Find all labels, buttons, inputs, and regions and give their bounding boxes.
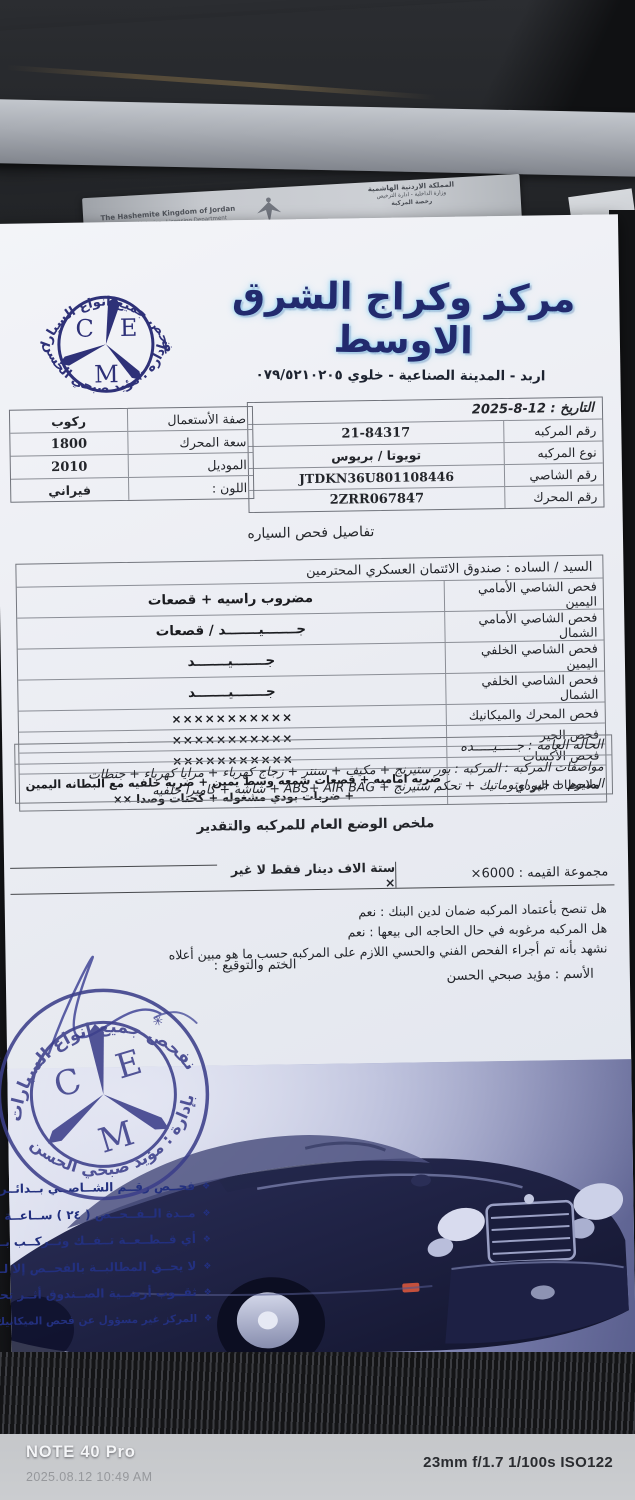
row-value: جـــــــيـــــــد / قصعات bbox=[17, 619, 444, 642]
value-row-ruler bbox=[10, 865, 217, 894]
logo-letter-c: C bbox=[75, 314, 94, 342]
value-total-label: مجموعة القيمه : 6000× bbox=[396, 858, 614, 887]
value-in-words: ستة الاف دينار فقط لا غير × bbox=[217, 862, 396, 891]
row-value: جـــــــيـــــــد bbox=[18, 650, 445, 673]
dark-fabric-strip bbox=[0, 1352, 635, 1434]
photo-datetime-watermark: 2025.08.12 10:49 AM bbox=[26, 1470, 152, 1484]
diamond-bullet-icon: ❖ bbox=[202, 1200, 210, 1227]
inspector-name-line: الأسم : مؤيد صبحي الحسن bbox=[447, 967, 594, 984]
term-text: ثقــوب أرضــية الصــندوق أثــر تحويــل ا… bbox=[0, 1285, 197, 1303]
garage-address: اربد - المدينة الصناعية - خلوي ٠٧٩/٥٢١٠٢… bbox=[194, 367, 606, 385]
inspection-report-paper: C E M نفحص جميع انواع السيارات بإدارة : … bbox=[0, 214, 635, 1370]
row-label: رقم الشاصي bbox=[504, 463, 603, 486]
row-label: سعة المحرك bbox=[127, 430, 252, 454]
table-row: الموديل 2010 bbox=[11, 452, 253, 479]
row-value: 1800 bbox=[10, 435, 127, 452]
phone-model-watermark: NOTE 40 Pro bbox=[26, 1443, 136, 1462]
diamond-bullet-icon: ❖ bbox=[204, 1305, 212, 1332]
gray-folder-edge bbox=[0, 99, 635, 177]
license-arabic-block: المملكة الاردنية الهاشمية وزارة الداخلية… bbox=[336, 179, 487, 210]
vehicle-info-table-left: صفة الأستعمال ركوب سعة المحرك 1800 المود… bbox=[9, 406, 254, 503]
garage-title: مركز وكراج الشرق الاوسط bbox=[193, 273, 614, 364]
diamond-bullet-icon: ❖ bbox=[203, 1227, 211, 1254]
cem-logo: C E M نفحص جميع انواع السيارات بإدارة : … bbox=[29, 265, 183, 419]
camera-watermark-bar: NOTE 40 Pro 2025.08.12 10:49 AM 23mm f/1… bbox=[0, 1434, 635, 1500]
row-value: تويوتا / بريوس bbox=[249, 446, 504, 465]
row-value: جـــــــيـــــــد bbox=[18, 681, 445, 704]
vehicle-specs-lines: مواصفات المركبه : المركبه : بور ستيرنج +… bbox=[15, 755, 612, 802]
row-label: فحص الشاصي الأمامي الشمال bbox=[444, 609, 603, 641]
stamp-letter-c: C bbox=[49, 1060, 86, 1106]
term-text: لا يحــق المطالبــة بالفحــص إلا لــطــا… bbox=[0, 1258, 196, 1276]
diamond-bullet-icon: ❖ bbox=[203, 1253, 211, 1280]
row-value: 2010 bbox=[11, 458, 128, 475]
row-label: فحص الشاصي الأمامي اليمين bbox=[444, 578, 603, 610]
row-label: نوع المركبه bbox=[504, 441, 603, 464]
exif-settings-watermark: 23mm f/1.7 1/100s ISO122 bbox=[423, 1454, 613, 1471]
stamp-letter-e: E bbox=[111, 1042, 146, 1087]
fabric-rib-texture bbox=[0, 1352, 635, 1434]
table-row: سعة المحرك 1800 bbox=[10, 429, 252, 456]
summary-title: ملخص الوضع العام للمركبه والتقدير bbox=[3, 812, 627, 838]
section-title-inspection-details: تفاصيل فحص السياره bbox=[0, 520, 623, 546]
row-value: JTDKN36U801108446 bbox=[249, 468, 504, 487]
row-label: الموديل bbox=[128, 453, 253, 477]
row-label: فحص المحرك والميكانيك bbox=[446, 702, 605, 724]
diamond-bullet-icon: ❖ bbox=[204, 1280, 212, 1307]
row-label: رقم المحرك bbox=[504, 485, 603, 508]
term-text: المركز غير مسؤول عن فحص الميكانيك والكهر… bbox=[0, 1312, 197, 1329]
row-label: فحص الشاصي الخلفي الشمال bbox=[445, 671, 604, 703]
value-row: مجموعة القيمه : 6000× ستة الاف دينار فقط… bbox=[10, 858, 614, 894]
row-value: ركوب bbox=[10, 412, 127, 429]
table-row: صفة الأستعمال ركوب bbox=[10, 407, 252, 433]
vehicle-info-table-right: التاريخ : 12-8-2025 رقم المركبه 21-84317… bbox=[247, 396, 605, 513]
row-value: 21-84317 bbox=[248, 424, 503, 443]
logo-letter-e: E bbox=[120, 314, 138, 342]
table-row: اللون : فيراني bbox=[11, 475, 253, 502]
row-label: فحص الشاصي الخلفي اليمين bbox=[445, 640, 604, 672]
row-value: مضروب راسيه + قصعات bbox=[17, 588, 444, 611]
general-condition-box: الحاله العامه : جـــــيـــــده مواصفات ا… bbox=[14, 734, 613, 803]
row-label: اللون : bbox=[128, 476, 253, 500]
row-value: 2ZRR067847 bbox=[249, 490, 504, 509]
table-row: رقم المحرك 2ZRR067847 bbox=[249, 484, 603, 512]
row-value: فيراني bbox=[11, 481, 128, 498]
photo-of-inspection-document: The Hashemite Kingdom of Jordan Ministry… bbox=[0, 0, 635, 1500]
row-label: رقم المركبه bbox=[503, 419, 602, 442]
stamp-signature-label: الختم والتوقيع : bbox=[214, 957, 297, 973]
row-label: صفة الأستعمال bbox=[127, 407, 252, 431]
